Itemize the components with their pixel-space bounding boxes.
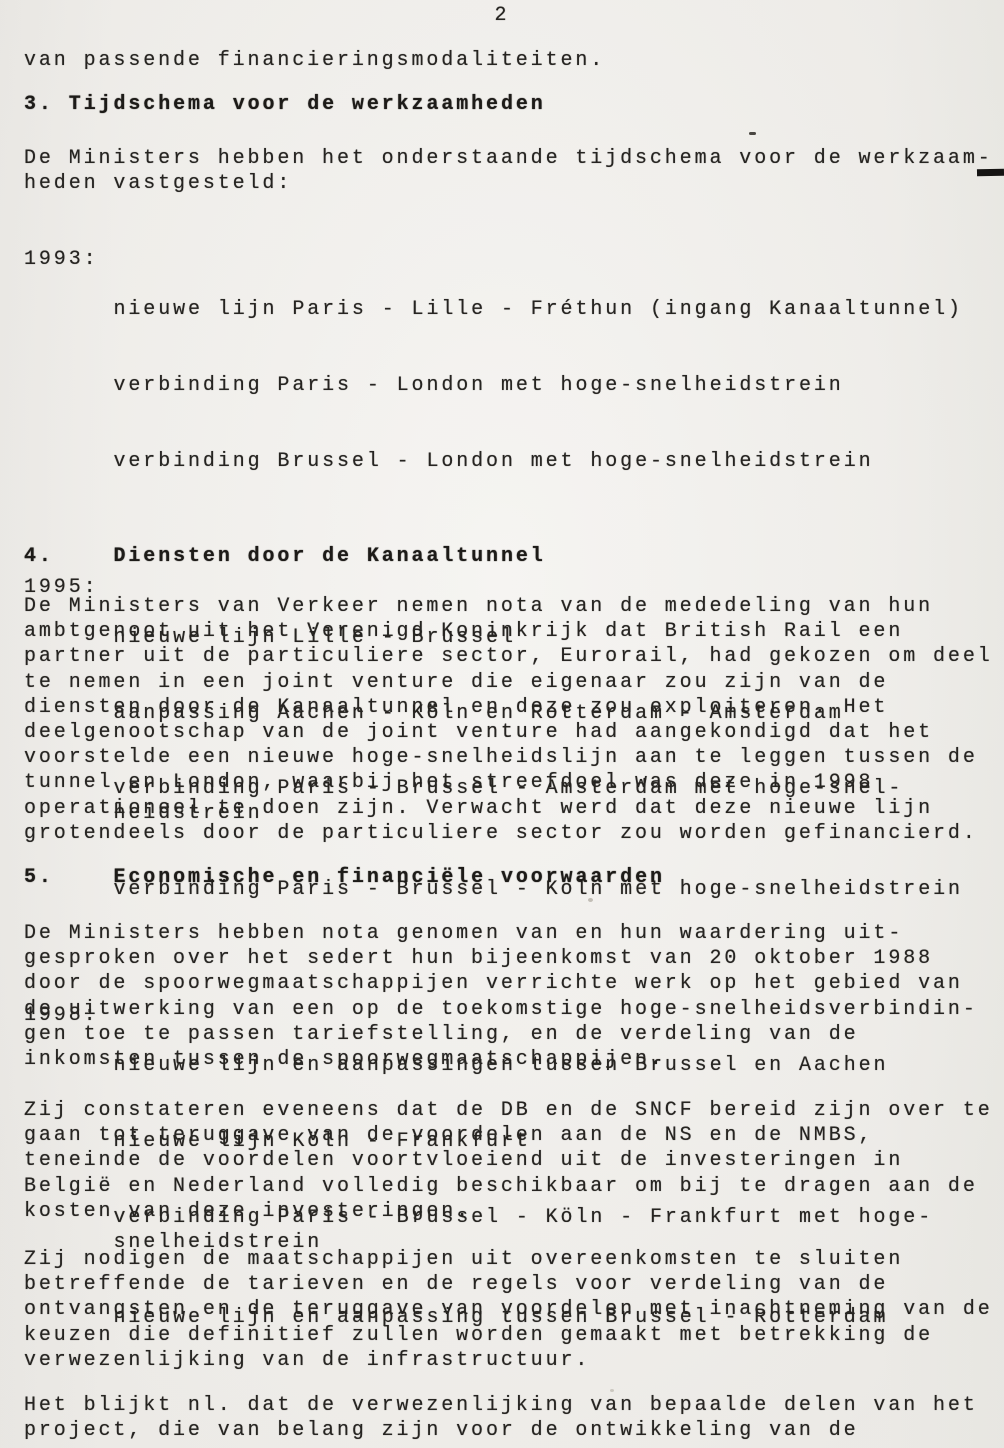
page-number: 2 — [0, 3, 1004, 28]
schedule-entry-1993: 1993: nieuwe lijn Paris - Lille - Fréthu… — [24, 247, 994, 524]
schedule-year: 1993: — [24, 247, 114, 524]
section-5-heading: 5.Economische en financiële voorwaarden — [24, 865, 665, 890]
section-3-title: Tijdschema voor de werkzaamheden — [69, 92, 546, 117]
section-3-heading: 3.Tijdschema voor de werkzaamheden — [24, 92, 546, 117]
section-4-body: De Ministers van Verkeer nemen nota van … — [24, 594, 993, 846]
scan-speckle — [610, 1389, 614, 1392]
leading-paragraph: van passende financieringsmodaliteiten. — [24, 48, 605, 73]
section-5-number: 5. — [24, 865, 114, 890]
schedule-item: nieuwe lijn Paris - Lille - Fréthun (ing… — [114, 297, 995, 322]
section-5-paragraph-1: De Ministers hebben nota genomen van en … — [24, 921, 978, 1072]
scan-speckle — [588, 898, 593, 902]
section-4-heading: 4.Diensten door de Kanaaltunnel — [24, 544, 546, 569]
schedule-item: verbinding Brussel - London met hoge-sne… — [114, 449, 995, 474]
section-5-paragraph-4: Het blijkt nl. dat de verwezenlijking va… — [24, 1393, 978, 1443]
section-4-number: 4. — [24, 544, 114, 569]
scan-speckle — [749, 132, 756, 135]
schedule-item: verbinding Paris - London met hoge-snelh… — [114, 373, 995, 398]
section-5-title: Economische en financiële voorwaarden — [114, 865, 665, 890]
scan-mark-right-edge — [977, 169, 1004, 176]
schedule-items: nieuwe lijn Paris - Lille - Fréthun (ing… — [114, 247, 995, 524]
section-5-paragraph-2: Zij constateren eveneens dat de DB en de… — [24, 1098, 993, 1224]
section-4-title: Diensten door de Kanaaltunnel — [114, 544, 546, 569]
section-5-paragraph-3: Zij nodigen de maatschappijen uit overee… — [24, 1247, 993, 1373]
section-3-number: 3. — [24, 92, 69, 117]
section-3-intro: De Ministers hebben het onderstaande tij… — [24, 146, 993, 196]
